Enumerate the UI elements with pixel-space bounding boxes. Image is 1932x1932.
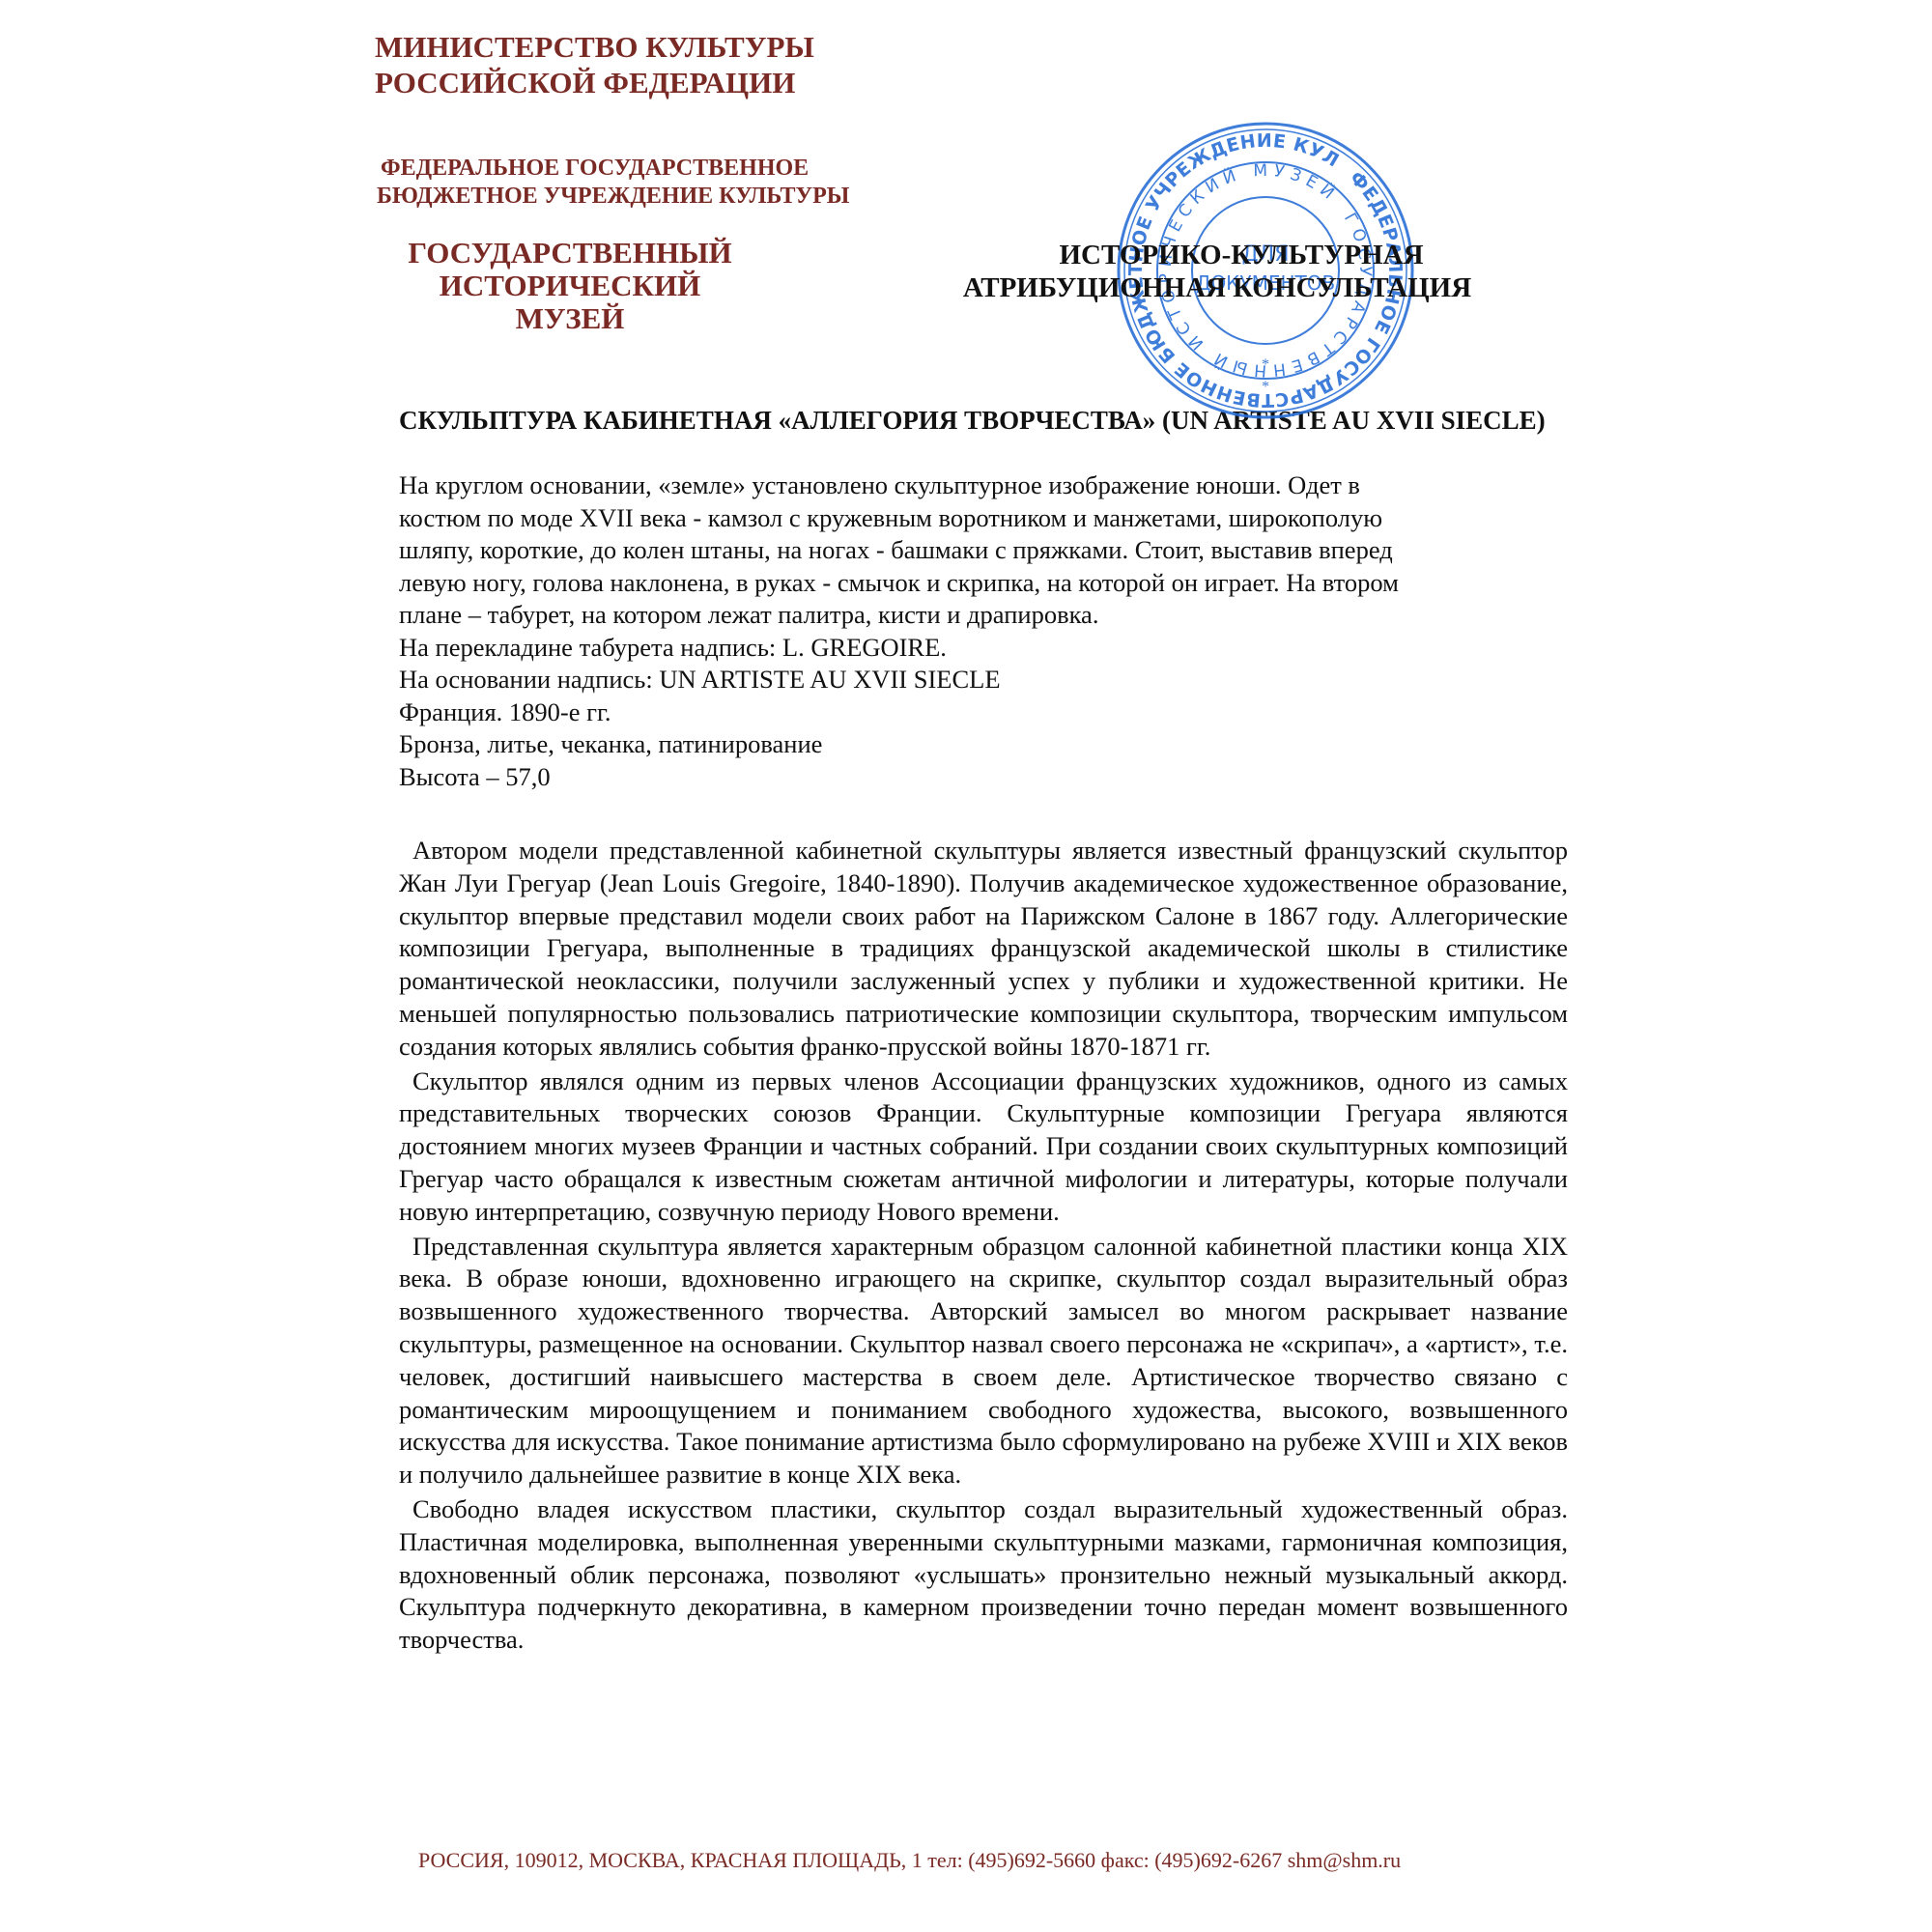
footer-contacts: РОССИЯ, 109012, МОСКВА, КРАСНАЯ ПЛОЩАДЬ,… — [418, 1848, 1401, 1873]
stamp-star-icon: * — [1262, 356, 1269, 373]
ministry-heading: МИНИСТЕРСТВО КУЛЬТУРЫ РОССИЙСКОЙ ФЕДЕРАЦ… — [375, 29, 814, 100]
document-type-heading: ИСТОРИКО-КУЛЬТУРНАЯ АТРИБУЦИОННАЯ КОНСУЛ… — [947, 240, 1488, 305]
description-line: шляпу, короткие, до колен штаны, на нога… — [399, 534, 1568, 567]
material-line: Бронза, литье, чеканка, патинирование — [399, 728, 1568, 761]
description-line: На круглом основании, «земле» установлен… — [399, 469, 1568, 502]
museum-name-heading: ГОСУДАРСТВЕННЫЙ ИСТОРИЧЕСКИЙ МУЗЕЙ — [406, 237, 734, 335]
body-paragraph: Свободно владея искусством пластики, ску… — [399, 1493, 1568, 1657]
stamp-star-icon: * — [1262, 379, 1269, 395]
body-paragraph: Скульптор являлся одним из первых членов… — [399, 1065, 1568, 1229]
description-line: плане – табурет, на котором лежат палитр… — [399, 599, 1568, 632]
inscription-line: На перекладине табурета надпись: L. GREG… — [399, 632, 1568, 665]
origin-date-line: Франция. 1890-е гг. — [399, 696, 1568, 729]
object-description: На круглом основании, «земле» установлен… — [399, 469, 1568, 793]
attribution-text: Автором модели представленной кабинетной… — [399, 835, 1568, 1657]
body-paragraph: Автором модели представленной кабинетной… — [399, 835, 1568, 1064]
dimension-line: Высота – 57,0 — [399, 761, 1568, 794]
description-line: костюм по моде XVII века - камзол с круж… — [399, 502, 1568, 535]
inscription-line: На основании надпись: UN ARTISTE AU XVII… — [399, 664, 1568, 696]
institution-type-heading: ФЕДЕРАЛЬНОЕ ГОСУДАРСТВЕННОЕ БЮДЖЕТНОЕ УЧ… — [377, 155, 849, 211]
description-line: левую ногу, голова наклонена, в руках - … — [399, 567, 1568, 600]
body-paragraph: Представленная скульптура является харак… — [399, 1231, 1568, 1492]
